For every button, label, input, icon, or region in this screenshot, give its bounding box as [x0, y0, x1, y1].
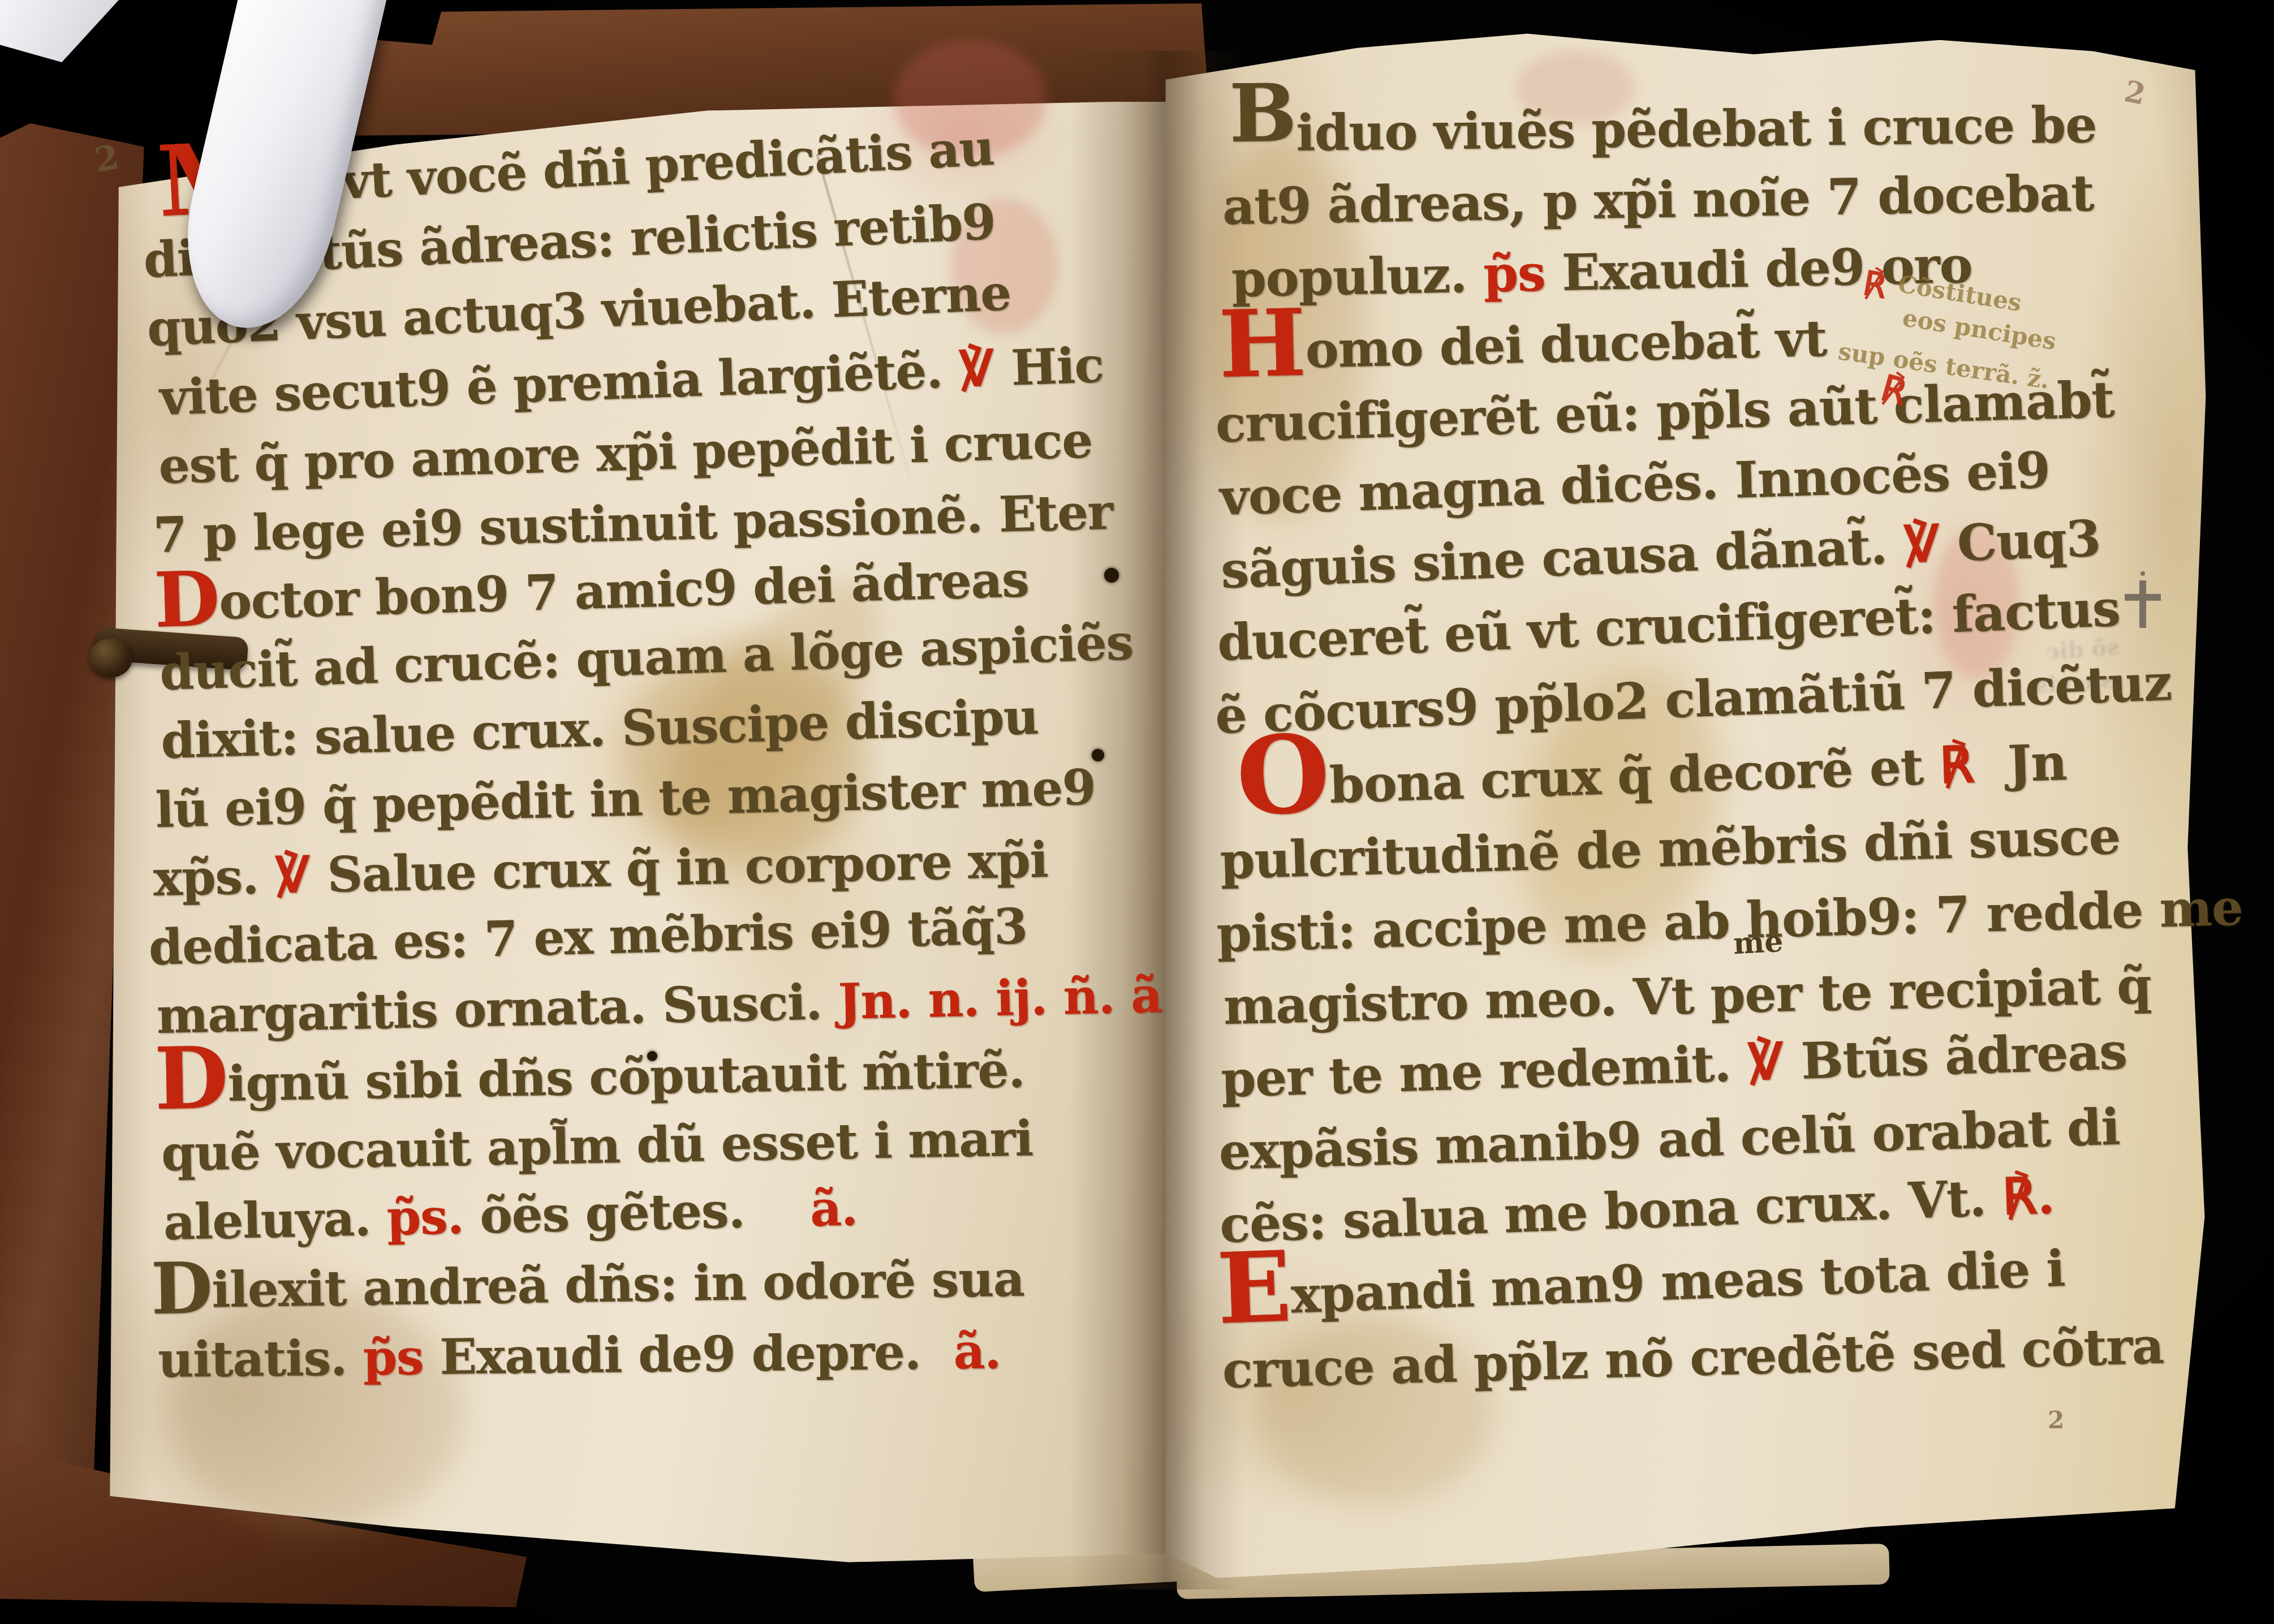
- right-page: [1154, 23, 2217, 1606]
- ink-spot: [647, 1051, 657, 1061]
- ink-spot: [1104, 568, 1119, 583]
- cross-icon: [2125, 580, 2161, 628]
- manuscript-photo: 2 2 2 Mox vt vocẽ dñi predicãtis audiuit…: [0, 0, 2274, 1624]
- quire-mark-bottom-right: 2: [2048, 1406, 2064, 1434]
- interlinear-note: me: [1732, 924, 1784, 962]
- clasp-stud: [89, 638, 132, 678]
- ink-spot: [1092, 749, 1104, 761]
- glove-fingertip: [0, 0, 119, 62]
